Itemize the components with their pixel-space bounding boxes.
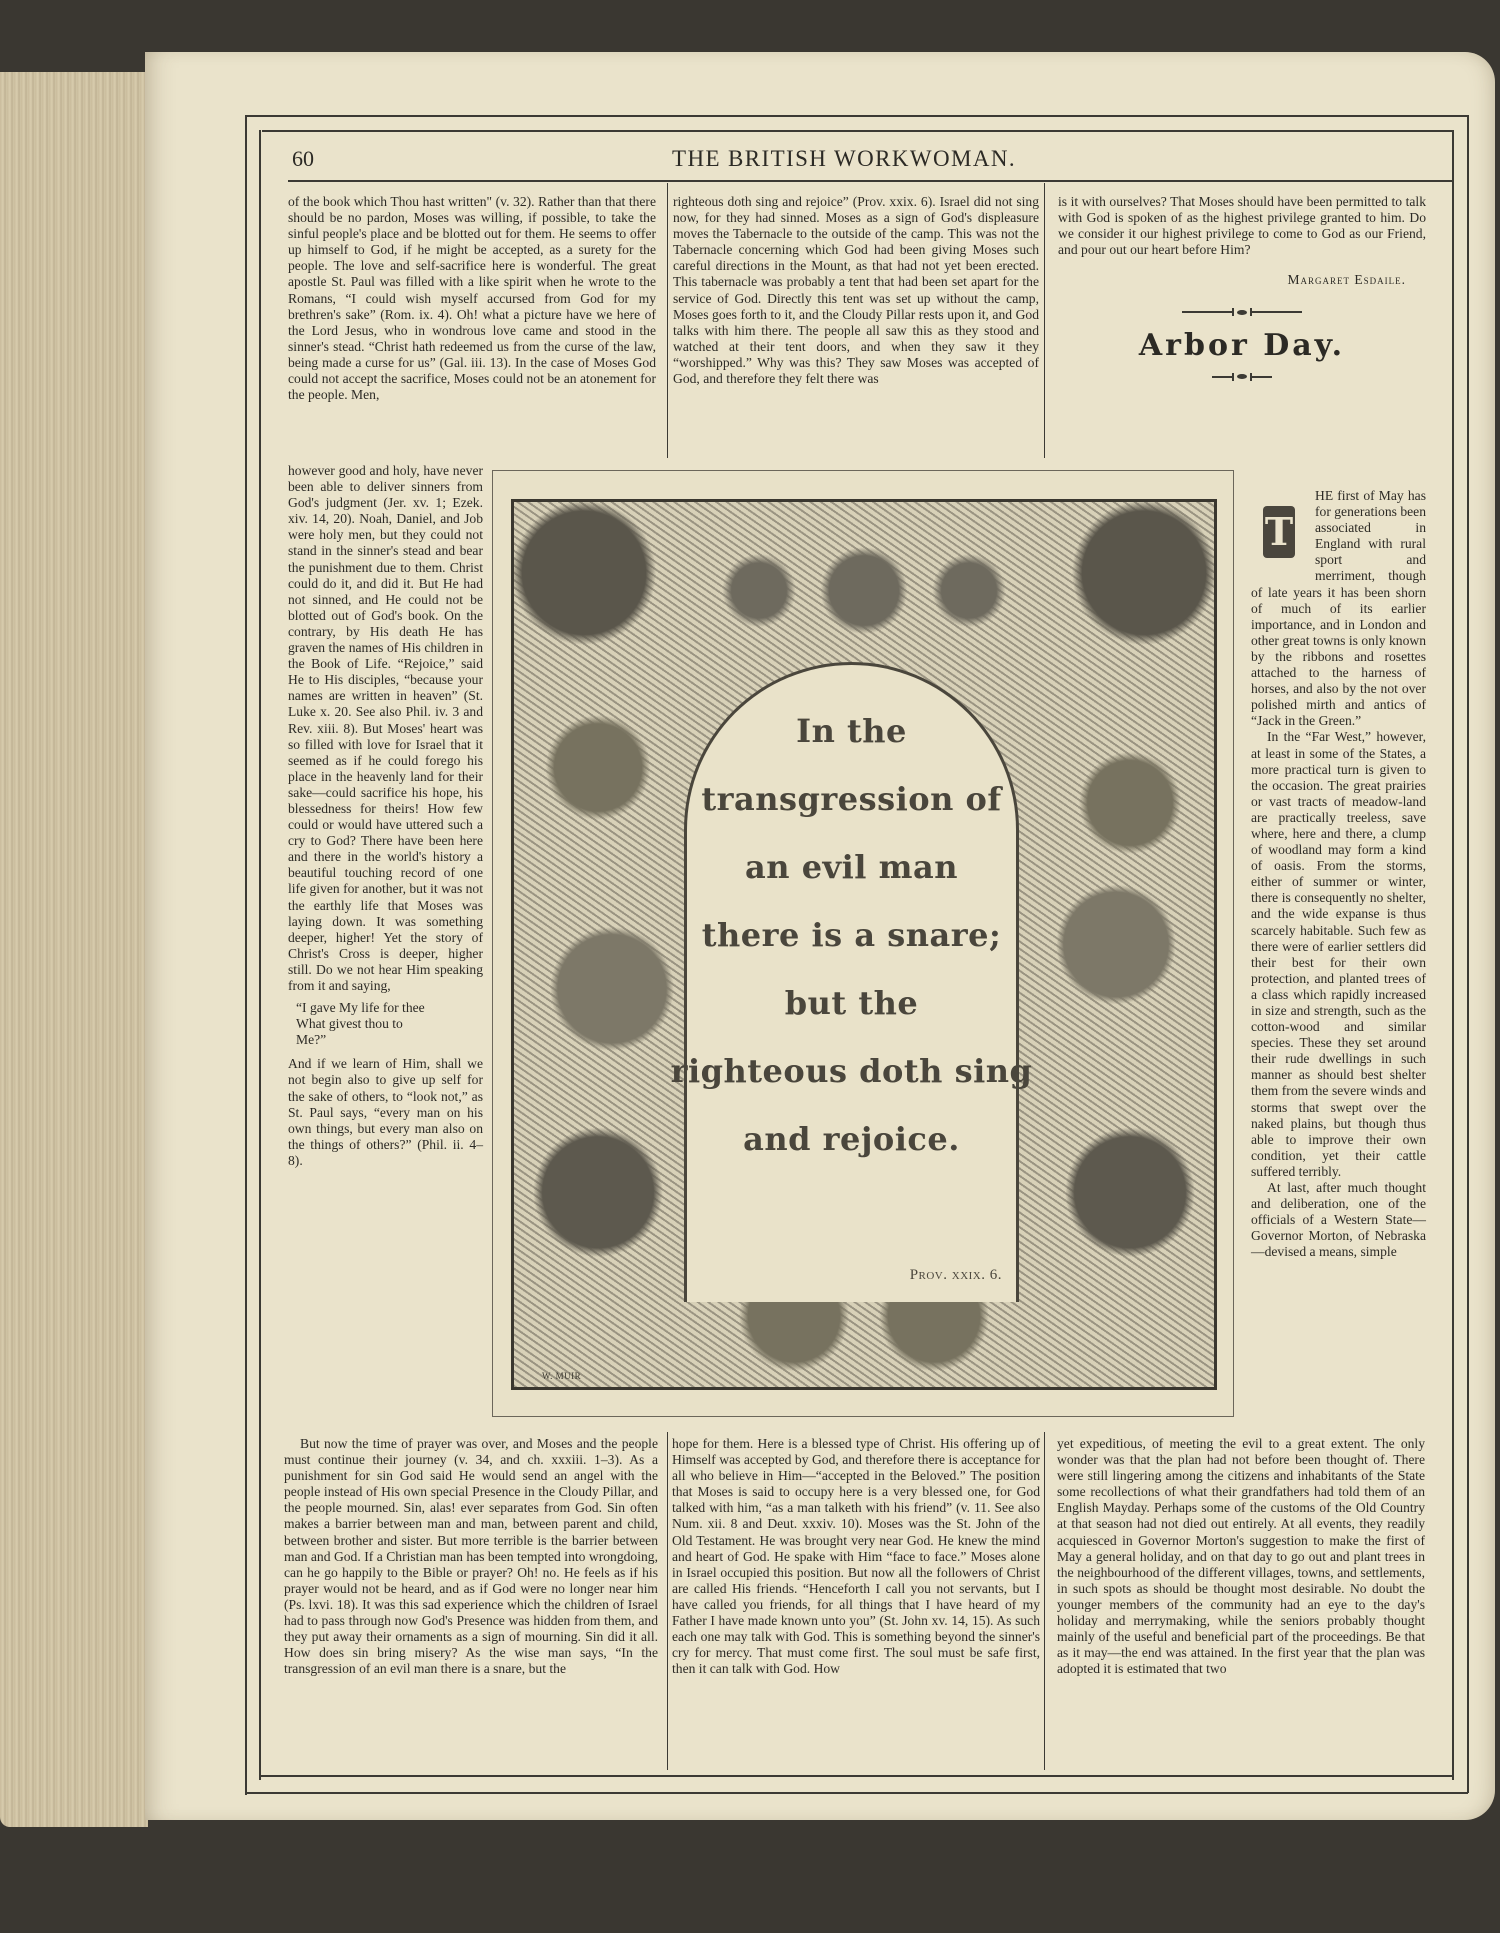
paragraph: hope for them. Here is a blessed type of… [672, 1436, 1040, 1677]
column-middle-bottom: hope for them. Here is a blessed type of… [672, 1436, 1040, 1677]
verse-line: righteous doth sing [671, 1037, 1033, 1105]
verse-line: there is a snare; [702, 901, 1002, 969]
arbor-day-column: T HE first of May has for generations be… [1251, 488, 1426, 1261]
paragraph: At last, after much thought and delibera… [1251, 1180, 1426, 1260]
verse-line: and rejoice. [743, 1105, 960, 1173]
verse-reference: Prov. xxix. 6. [910, 1267, 1002, 1284]
verse-line: transgression of [701, 765, 1001, 833]
column-left-top: of the book which Thou hast written" (v.… [288, 194, 656, 403]
floral-border-image: In the transgression of an evil man ther… [511, 499, 1217, 1390]
paragraph: And if we learn of Him, shall we not beg… [288, 1056, 483, 1169]
paragraph: In the “Far West,” however, at least in … [1251, 729, 1426, 1180]
column-divider-2-top [1044, 183, 1045, 458]
inner-left-rule [259, 130, 261, 1780]
paragraph: is it with ourselves? That Moses should … [1058, 194, 1426, 258]
inner-top-rule [262, 130, 1452, 132]
outer-right-rule [1467, 115, 1469, 1793]
column-left-narrow: however good and holy, have never been a… [288, 463, 483, 1169]
paragraph: righteous doth sing and rejoice” (Prov. … [673, 194, 1039, 387]
outer-bottom-rule [245, 1792, 1468, 1794]
artist-signature: W. MUIR [542, 1371, 581, 1381]
title-ornament [1058, 373, 1426, 381]
hymn-quote: “I gave My life for thee What givest tho… [296, 1000, 483, 1048]
column-divider-2-bottom [1044, 1432, 1045, 1770]
paragraph: yet expeditious, of meeting the evil to … [1057, 1436, 1425, 1677]
outer-top-rule [245, 115, 1467, 117]
paragraph: however good and holy, have never been a… [288, 463, 483, 994]
column-right-top: is it with ourselves? That Moses should … [1058, 194, 1426, 381]
paragraph: But now the time of prayer was over, and… [284, 1436, 658, 1677]
column-left-bottom: But now the time of prayer was over, and… [284, 1436, 658, 1677]
verse-line: an evil man [745, 833, 958, 901]
page-block-edges [0, 72, 148, 1827]
verse-line: In the [796, 697, 907, 765]
column-divider-1-top [667, 183, 668, 458]
verse-tablet: In the transgression of an evil man ther… [684, 662, 1019, 1302]
header-bottom-rule [288, 180, 1453, 182]
page-number: 60 [292, 146, 314, 172]
article-title: Arbor Day. [1058, 338, 1426, 354]
inner-bottom-rule [260, 1775, 1452, 1777]
column-right-bottom: yet expeditious, of meeting the evil to … [1057, 1436, 1425, 1677]
section-ornament [1058, 308, 1426, 316]
verse-line: but the [785, 969, 918, 1037]
floral-engraving: In the transgression of an evil man ther… [492, 470, 1234, 1417]
inner-right-rule [1452, 130, 1454, 1780]
outer-left-rule [245, 115, 247, 1795]
paragraph: of the book which Thou hast written" (v.… [288, 194, 656, 403]
running-title: THE BRITISH WORKWOMAN. [672, 146, 1016, 172]
column-divider-1-bottom [667, 1432, 668, 1770]
ornamental-drop-cap: T [1247, 490, 1309, 582]
author-signature: Margaret Esdaile. [1058, 272, 1426, 288]
drop-cap-letter: T [1263, 506, 1295, 558]
column-middle-top: righteous doth sing and rejoice” (Prov. … [673, 194, 1039, 387]
